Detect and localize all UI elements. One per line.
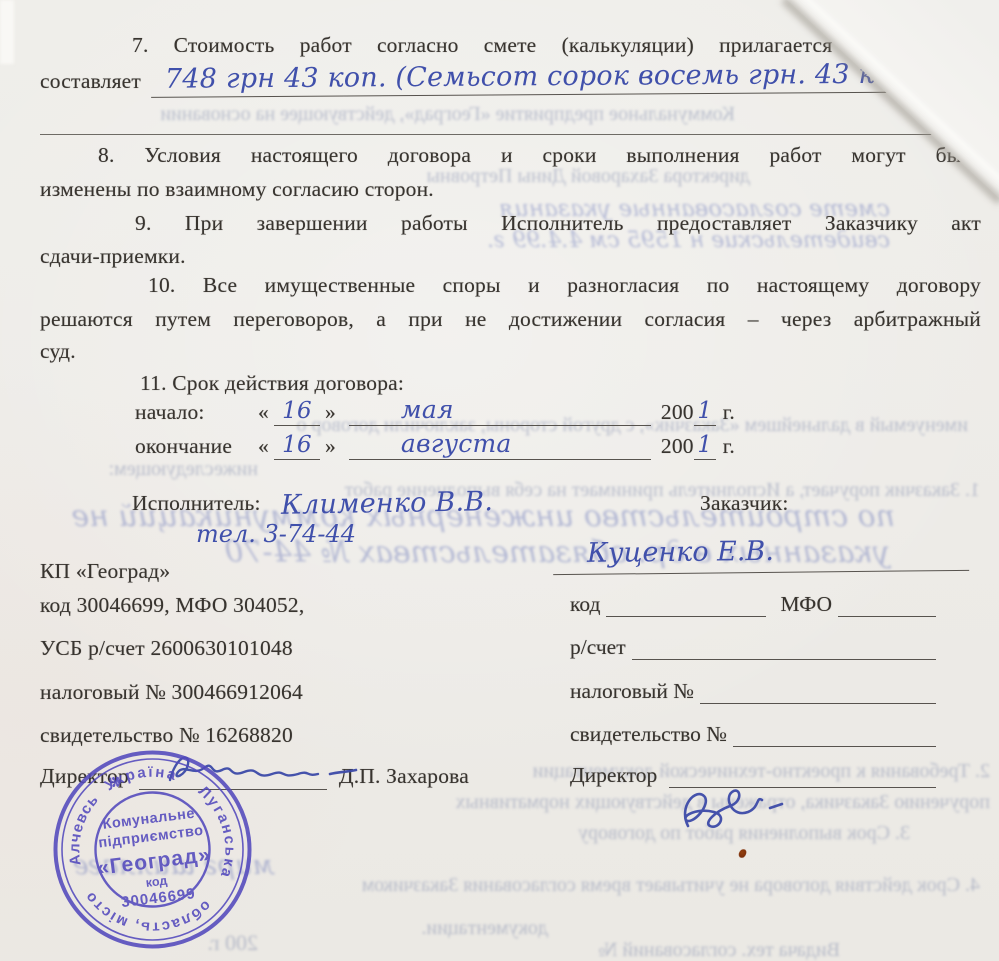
executor-label: Исполнитель: [132,490,261,517]
blank-field [700,703,936,704]
customer-director-label: Директор [570,763,657,788]
blank-field [606,616,766,617]
term-start-row: начало: « 16 » мая 200 1 г. [40,396,981,426]
customer-name-handwritten: Куценко Е.В. [553,534,969,575]
customer-label: Заказчик: [700,490,960,517]
term-end-month-handwritten: августа [349,430,651,460]
customer-tax-row: налоговый № [570,679,936,704]
bleedthrough-text: нижеследующем: [28,458,258,481]
amount-label: составляет [40,68,141,95]
clause-8-line-1: 8. Условия настоящего договора и сроки в… [40,142,981,169]
clause-10-line-1: 10. Все имущественные споры и разногласи… [40,272,981,299]
close-quote: » [320,433,341,460]
customer-account-label: р/счет [570,635,626,660]
executor-phone-handwritten: тел. 3-74-44 [196,520,356,548]
year-suffix: г. [723,399,735,426]
customer-code-row: код МФО [570,592,936,617]
customer-certificate-label: свидетельство № [570,722,727,747]
blank-field [632,659,936,660]
term-start-year-digit-handwritten: 1 [694,398,716,426]
term-start-month-handwritten: мая [349,396,651,426]
customer-account-row: р/счет [570,635,936,660]
bleedthrough-text: Видача тех. согласований № [500,939,840,961]
customer-director-signature [668,780,792,838]
clause-10-line-3: суд. [40,338,981,365]
open-quote: « [253,399,274,426]
clause-10-line-2: решаются путем переговоров, а при не дос… [40,306,981,333]
bleedthrough-text: документации. [348,917,548,940]
scanned-contract-page: Коммунальное предприятие «Геоград», дейс… [0,0,999,961]
clause-11-title: 11. Срок действия договора: [40,370,981,397]
scan-edge-sliver [0,0,14,64]
term-end-label: окончание [135,433,253,460]
customer-code-label: код [570,592,600,617]
year-prefix: 200 [661,399,694,426]
clause-9-line-1: 9. При завершении работы Исполнитель пре… [40,210,981,237]
term-end-day-handwritten: 16 [274,432,320,460]
term-end-year-digit-handwritten: 1 [694,432,716,460]
clause-7-line-2: составляет 748 грн 43 коп. (Семьсот соро… [40,62,981,95]
term-end-row: окончание « 16 » августа 200 1 г. [40,430,981,460]
year-suffix: г. [723,433,735,460]
close-quote: » [320,399,341,426]
customer-certificate-row: свидетельство № [570,722,936,747]
blank-underline [40,106,981,135]
stamp-code-label: код [145,873,168,890]
company-round-stamp: Україна Луганська область, місто Алчевсь… [38,735,266,961]
clause-8-line-2: изменены по взаимному согласию сторон. [40,176,981,203]
term-start-label: начало: [135,399,253,426]
clause-9-line-2: сдачи-приемки. [40,243,981,270]
customer-mfo-label: МФО [780,592,832,617]
customer-tax-label: налоговый № [570,679,694,704]
year-prefix: 200 [661,433,694,460]
executor-name-handwritten: Клименко В.В. [280,488,492,519]
blank-field [733,746,936,747]
term-start-day-handwritten: 16 [274,398,320,426]
open-quote: « [253,433,274,460]
blank-field [838,616,936,617]
paper-speck [738,848,747,859]
bleedthrough-text: 4. Срок действия договора не учитывает в… [350,874,980,897]
